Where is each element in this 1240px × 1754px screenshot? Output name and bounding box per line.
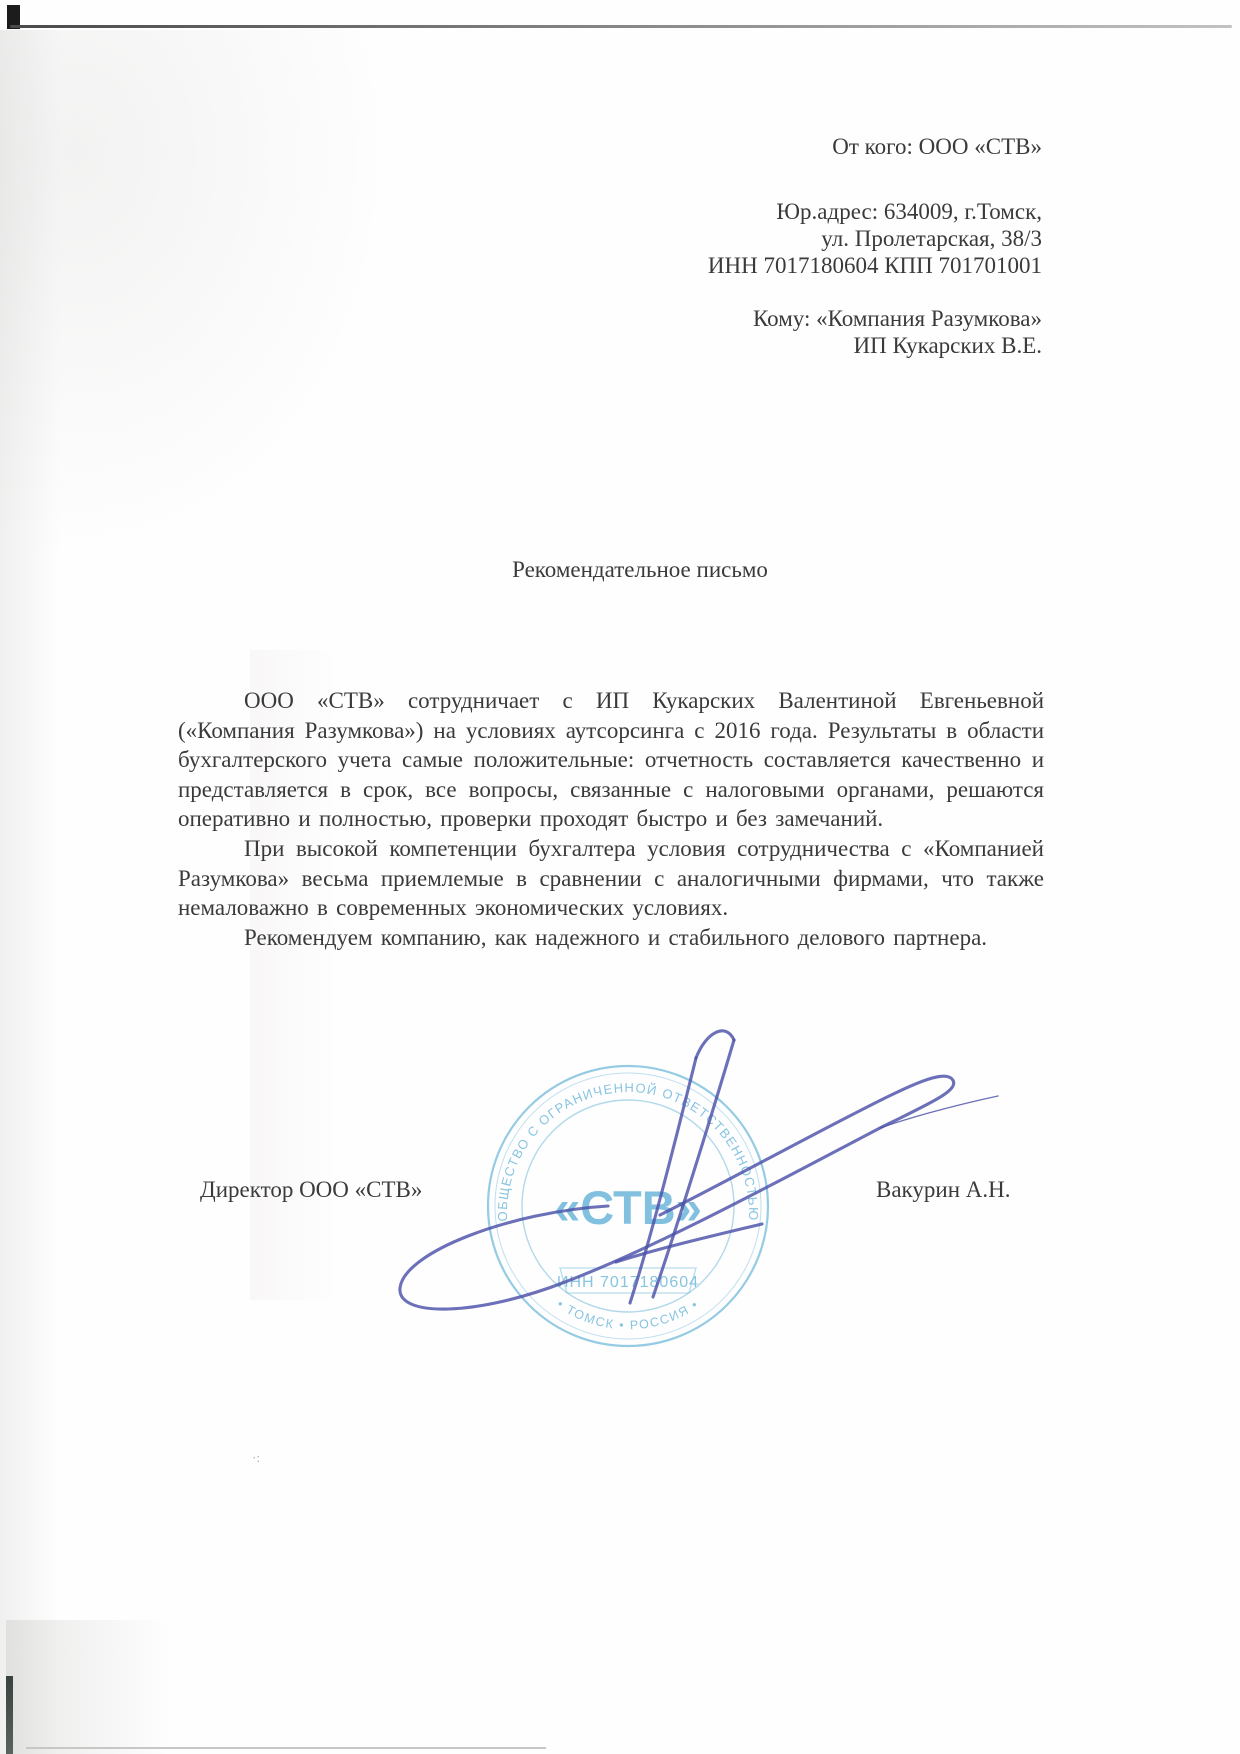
signature-cross-flick: [616, 1224, 762, 1262]
spacer: [482, 160, 1042, 198]
scan-bottom-left-strip: [6, 1676, 13, 1754]
body-paragraph-2: При высокой компетенции бухгалтера услов…: [178, 834, 1044, 923]
legal-address-line2: ул. Пролетарская, 38/3: [482, 225, 1042, 252]
from-line: От кого: ООО «СТВ»: [482, 133, 1042, 160]
recipient-line1: Кому: «Компания Разумкова»: [482, 305, 1042, 332]
scan-shadow-left: [0, 30, 60, 1754]
inn-kpp-line: ИНН 7017180604 КПП 701701001: [482, 252, 1042, 279]
letter-title: Рекомендательное письмо: [240, 557, 1040, 583]
signature-spike-2: [653, 1040, 734, 1297]
recipient-line2: ИП Кукарских В.Е.: [482, 332, 1042, 359]
letter-body: ООО «СТВ» сотрудничает с ИП Кукарских Ва…: [178, 686, 1044, 952]
legal-address-line1: Юр.адрес: 634009, г.Томск,: [482, 198, 1042, 225]
scan-top-edge-line: [10, 25, 1232, 28]
scanned-letter-page: ·: От кого: ООО «СТВ» Юр.адрес: 634009, …: [0, 0, 1240, 1754]
scan-bottom-hairline: [26, 1747, 546, 1749]
body-paragraph-3: Рекомендуем компанию, как надежного и ст…: [178, 923, 1044, 953]
handwritten-signature: [360, 1010, 1000, 1340]
letter-header-block: От кого: ООО «СТВ» Юр.адрес: 634009, г.Т…: [482, 133, 1042, 359]
signature-main-loop: [400, 1076, 954, 1309]
signature-thin-tail: [880, 1096, 998, 1128]
scan-shadow-bottomleft: [6, 1620, 226, 1754]
scan-shadow-topleft: [0, 30, 420, 590]
spacer: [482, 279, 1042, 305]
scan-speck: ·:: [252, 1450, 260, 1466]
body-paragraph-1: ООО «СТВ» сотрудничает с ИП Кукарских Ва…: [178, 686, 1044, 834]
